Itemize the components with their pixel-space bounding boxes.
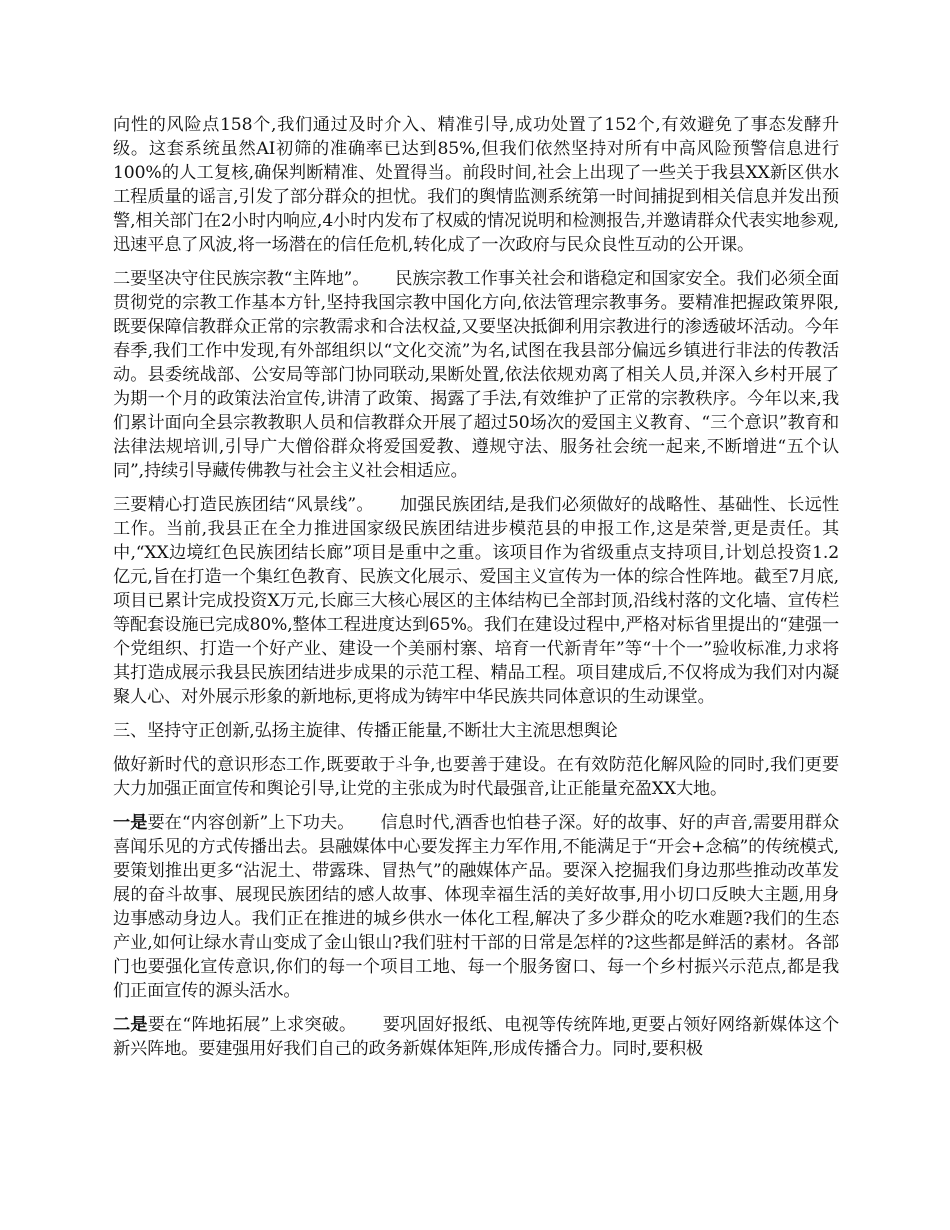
- paragraph-lead: 要在“内容创新”上下功夫。: [147, 813, 354, 833]
- paragraph-text: 信息时代,酒香也怕巷子深。好的故事、好的声音,需要用群众喜闻乐见的方式传播出去。…: [113, 813, 839, 1001]
- paragraph-risk-warning: 向性的风险点158个,我们通过及时介入、精准引导,成功处置了152个,有效避免了…: [113, 113, 839, 257]
- paragraph-text: 民族宗教工作事关社会和谐稳定和国家安全。我们必须全面贯彻党的宗教工作基本方针,坚…: [113, 269, 839, 481]
- paragraph-text: 向性的风险点158个,我们通过及时介入、精准引导,成功处置了152个,有效避免了…: [113, 115, 839, 255]
- section-heading-three: 三、坚持守正创新,弘扬主旋律、传播正能量,不断壮大主流思想舆论: [113, 719, 839, 743]
- paragraph-lead: 二要坚决守住民族宗教“主阵地”。: [113, 269, 369, 289]
- paragraph-lead: 要在“阵地拓展”上求突破。: [148, 1015, 357, 1035]
- paragraph-ethnic-unity: 三要精心打造民族团结“风景线”。加强民族团结,是我们必须做好的战略性、基础性、长…: [113, 493, 839, 709]
- paragraph-text: 做好新时代的意识形态工作,既要敢于斗争,也要善于建设。在有效防范化解风险的同时,…: [113, 755, 839, 799]
- paragraph-text: 加强民族团结,是我们必须做好的战略性、基础性、长远性工作。当前,我县正在全力推进…: [113, 495, 839, 707]
- paragraph-ethnic-religion: 二要坚决守住民族宗教“主阵地”。民族宗教工作事关社会和谐稳定和国家安全。我们必须…: [113, 267, 839, 483]
- paragraph-position-expansion: 二是要在“阵地拓展”上求突破。要巩固好报纸、电视等传统阵地,更要占领好网络新媒体…: [113, 1013, 839, 1061]
- paragraph-intro-propaganda: 做好新时代的意识形态工作,既要敢于斗争,也要善于建设。在有效防范化解风险的同时,…: [113, 753, 839, 801]
- paragraph-bold-marker: 一是: [113, 813, 147, 833]
- heading-text: 三、坚持守正创新,弘扬主旋律、传播正能量,不断壮大主流思想舆论: [113, 721, 618, 741]
- paragraph-content-innovation: 一是要在“内容创新”上下功夫。信息时代,酒香也怕巷子深。好的故事、好的声音,需要…: [113, 811, 839, 1003]
- document-page: 向性的风险点158个,我们通过及时介入、精准引导,成功处置了152个,有效避免了…: [113, 113, 839, 1071]
- paragraph-lead: 三要精心打造民族团结“风景线”。: [113, 495, 374, 515]
- paragraph-bold-marker: 二是: [113, 1015, 148, 1035]
